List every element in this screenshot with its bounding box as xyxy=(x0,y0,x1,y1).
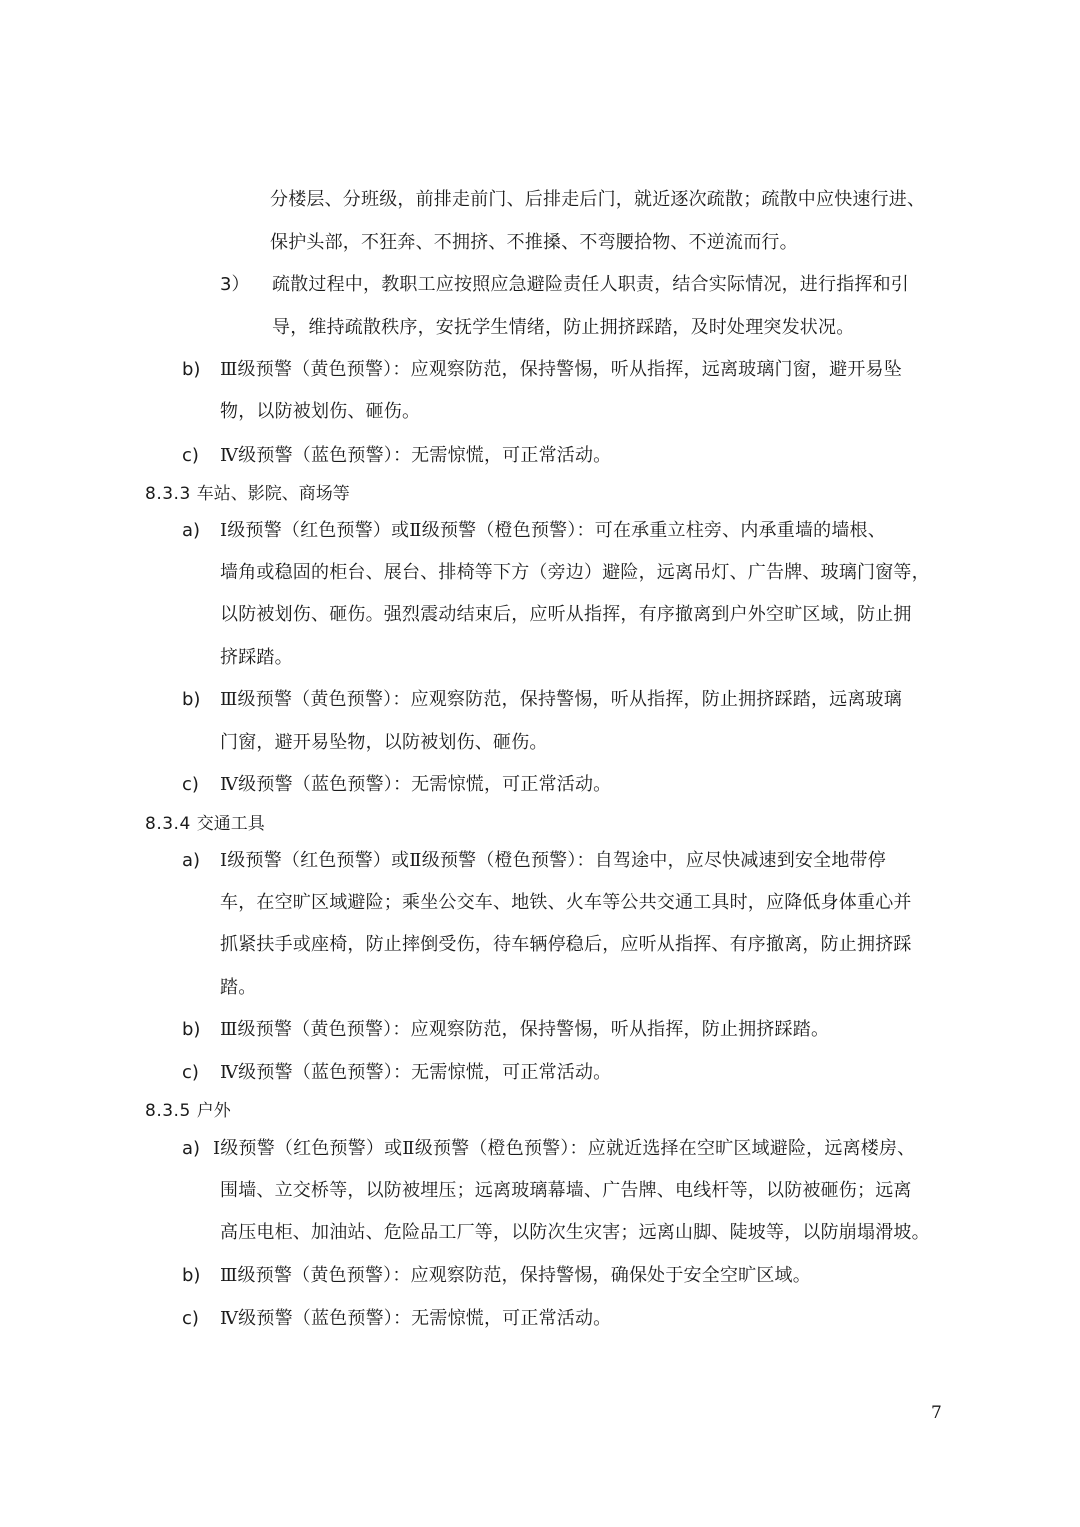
paragraph-line: Ⅰ级预警（红色预警）或Ⅱ级预警（橙色预警）：自驾途中，应尽快减速到安全地带停 xyxy=(220,849,886,873)
section-heading-8-3-4: 8.3.4交通工具 xyxy=(145,812,265,836)
paragraph-line: Ⅲ级预警（黄色预警）：应观察防范，保持警惕，确保处于安全空旷区域。 xyxy=(220,1264,811,1288)
section-title: 户外 xyxy=(197,1101,231,1121)
list-marker: c) xyxy=(182,444,199,468)
paragraph-line: 保护头部，不狂奔、不拥挤、不推搡、不弯腰拾物、不逆流而行。 xyxy=(270,231,798,255)
section-number: 8.3.5 xyxy=(145,1101,191,1121)
paragraph-line: Ⅰ级预警（红色预警）或Ⅱ级预警（橙色预警）：应就近选择在空旷区域避险，远离楼房、 xyxy=(213,1137,915,1161)
paragraph-line: Ⅲ级预警（黄色预警）：应观察防范，保持警惕，听从指挥，防止拥挤踩踏。 xyxy=(220,1018,829,1042)
paragraph-line: Ⅳ级预警（蓝色预警）：无需惊慌，可正常活动。 xyxy=(220,773,611,797)
section-title: 车站、影院、商场等 xyxy=(197,484,350,504)
list-marker: c) xyxy=(182,1307,199,1331)
paragraph-line: 分楼层、分班级，前排走前门、后排走后门，就近逐次疏散；疏散中应快速行进、 xyxy=(270,188,925,212)
list-marker: a) xyxy=(182,849,200,873)
paragraph-line: Ⅲ级预警（黄色预警）：应观察防范，保持警惕，听从指挥，防止拥挤踩踏，远离玻璃 xyxy=(220,688,902,712)
list-marker: b) xyxy=(182,688,200,712)
list-marker: c) xyxy=(182,773,199,797)
list-marker: b) xyxy=(182,358,200,382)
paragraph-line: 墙角或稳固的柜台、展台、排椅等下方（旁边）避险，远离吊灯、广告牌、玻璃门窗等， xyxy=(220,561,930,585)
paragraph-line: 高压电柜、加油站、危险品工厂等，以防次生灾害；远离山脚、陡坡等，以防崩塌滑坡。 xyxy=(220,1221,930,1245)
paragraph-line: 车，在空旷区域避险；乘坐公交车、地铁、火车等公共交通工具时，应降低身体重心并 xyxy=(220,891,912,915)
paragraph-line: Ⅰ级预警（红色预警）或Ⅱ级预警（橙色预警）：可在承重立柱旁、内承重墙的墙根、 xyxy=(220,519,886,543)
paragraph-line: 物，以防被划伤、砸伤。 xyxy=(220,400,420,424)
paragraph-line: 围墙、立交桥等，以防被埋压；远离玻璃幕墙、广告牌、电线杆等，以防被砸伤；远离 xyxy=(220,1179,912,1203)
paragraph-line: Ⅳ级预警（蓝色预警）：无需惊慌，可正常活动。 xyxy=(220,1307,611,1331)
list-marker: a) xyxy=(182,519,200,543)
paragraph-line: 以防被划伤、砸伤。强烈震动结束后，应听从指挥，有序撤离到户外空旷区域，防止拥 xyxy=(220,603,912,627)
paragraph-line: 踏。 xyxy=(220,976,256,1000)
list-marker: b) xyxy=(182,1018,200,1042)
paragraph-line: Ⅲ级预警（黄色预警）：应观察防范，保持警惕，听从指挥，远离玻璃门窗，避开易坠 xyxy=(220,358,902,382)
section-heading-8-3-3: 8.3.3车站、影院、商场等 xyxy=(145,482,350,506)
paragraph-line: 导，维持疏散秩序，安抚学生情绪，防止拥挤踩踏，及时处理突发状况。 xyxy=(272,316,854,340)
section-title: 交通工具 xyxy=(197,814,265,834)
paragraph-line: 抓紧扶手或座椅，防止摔倒受伤，待车辆停稳后，应听从指挥、有序撤离，防止拥挤踩 xyxy=(220,933,912,957)
section-number: 8.3.4 xyxy=(145,814,191,834)
list-marker: b) xyxy=(182,1264,200,1288)
section-heading-8-3-5: 8.3.5户外 xyxy=(145,1099,231,1123)
paragraph-line: 挤踩踏。 xyxy=(220,646,293,670)
paragraph-line: 门窗，避开易坠物，以防被划伤、砸伤。 xyxy=(220,731,548,755)
list-marker: 3） xyxy=(220,273,249,297)
paragraph-line: Ⅳ级预警（蓝色预警）：无需惊慌，可正常活动。 xyxy=(220,444,611,468)
section-number: 8.3.3 xyxy=(145,484,191,504)
paragraph-line: Ⅳ级预警（蓝色预警）：无需惊慌，可正常活动。 xyxy=(220,1061,611,1085)
list-marker: c) xyxy=(182,1061,199,1085)
paragraph-line: 疏散过程中，教职工应按照应急避险责任人职责，结合实际情况，进行指挥和引 xyxy=(272,273,909,297)
page-number: 7 xyxy=(931,1402,942,1424)
list-marker: a) xyxy=(182,1137,200,1161)
document-page: 分楼层、分班级，前排走前门、后排走后门，就近逐次疏散；疏散中应快速行进、 保护头… xyxy=(0,0,1080,1527)
